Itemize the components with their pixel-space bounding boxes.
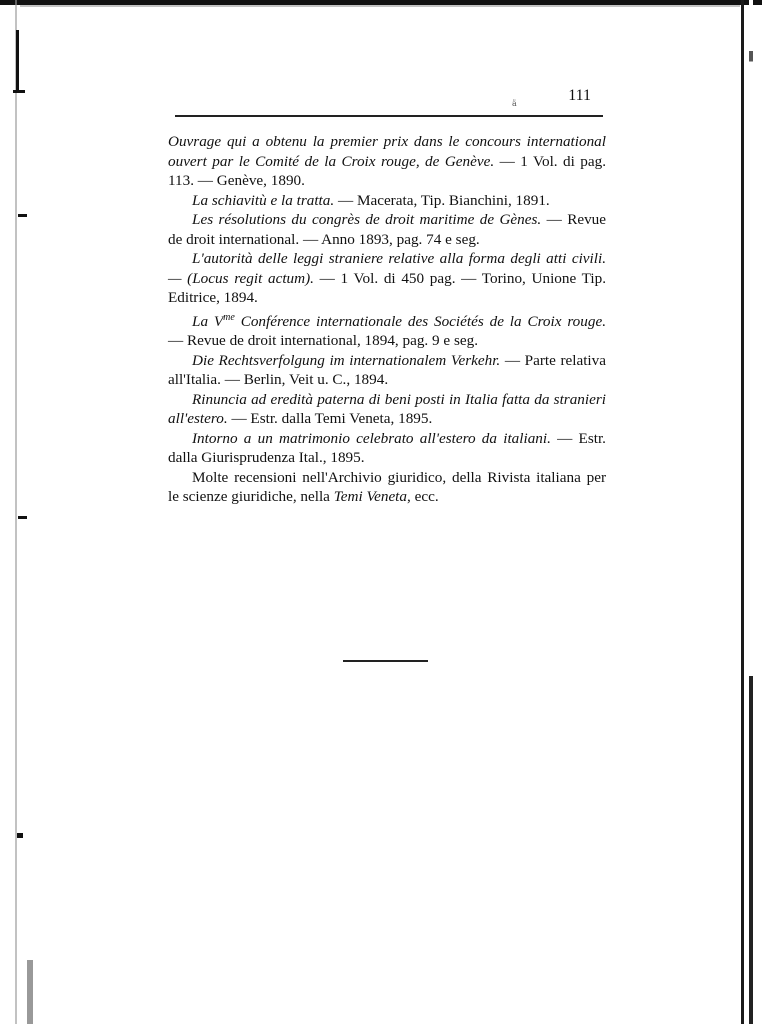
entry-title: La schiavitù e la tratta. xyxy=(192,192,334,209)
bibliography-entry: L'autorità delle leggi straniere relativ… xyxy=(168,249,606,308)
bibliography-entry: Molte recensioni nell'Archivio giuridico… xyxy=(168,468,606,507)
bibliography-entry: Ouvrage qui a obtenu la premier prix dan… xyxy=(168,132,606,191)
entry-details: — Estr. dalla Temi Veneta, 1895. xyxy=(228,410,433,427)
binding-mark xyxy=(18,516,27,519)
entry-title: Conférence internationale des Sociétés d… xyxy=(235,313,606,330)
bibliography-entry: La Vme Conférence internationale des Soc… xyxy=(168,308,606,351)
entry-title-superscript: me xyxy=(223,312,235,323)
binding-mark xyxy=(18,214,27,217)
bibliography-entry: Intorno a un matrimonio celebrato all'es… xyxy=(168,429,606,468)
entry-details: — Revue de droit international, 1894, pa… xyxy=(168,332,478,349)
bibliography-entry: La schiavitù e la tratta. — Macerata, Ti… xyxy=(168,191,606,211)
page-number: 111 xyxy=(568,87,591,105)
header-rule xyxy=(175,115,603,117)
bibliography-list: Ouvrage qui a obtenu la premier prix dan… xyxy=(168,132,606,507)
entry-title: Intorno a un matrimonio celebrato all'es… xyxy=(192,430,551,447)
entry-title: Die Rechtsverfolgung im internationalem … xyxy=(192,352,500,369)
binding-mark xyxy=(27,960,33,1024)
binding-mark xyxy=(17,833,23,838)
entry-details: — Macerata, Tip. Bianchini, 1891. xyxy=(334,192,550,209)
binding-mark xyxy=(16,30,19,92)
entry-title-prefix: La V xyxy=(192,313,223,330)
page-header: ä 111 xyxy=(175,85,603,115)
scan-right-shadow xyxy=(749,0,753,1024)
scan-left-edge xyxy=(15,0,17,1024)
binding-mark xyxy=(13,90,25,93)
section-end-rule xyxy=(343,660,428,662)
bibliography-entry: Die Rechtsverfolgung im internationalem … xyxy=(168,351,606,390)
bibliography-entry: Les résolutions du congrès de droit mari… xyxy=(168,210,606,249)
entry-title: Temi Veneta xyxy=(334,488,407,505)
page-speck: ä xyxy=(512,99,517,108)
entry-title: Les résolutions du congrès de droit mari… xyxy=(192,211,541,228)
bibliography-entry: Rinuncia ad eredità paterna di beni post… xyxy=(168,390,606,429)
scan-top-shadow xyxy=(20,5,740,7)
scanned-page: ä 111 Ouvrage qui a obtenu la premier pr… xyxy=(0,0,762,1024)
scan-right-edge xyxy=(741,0,744,1024)
entry-details: , ecc. xyxy=(407,488,439,505)
